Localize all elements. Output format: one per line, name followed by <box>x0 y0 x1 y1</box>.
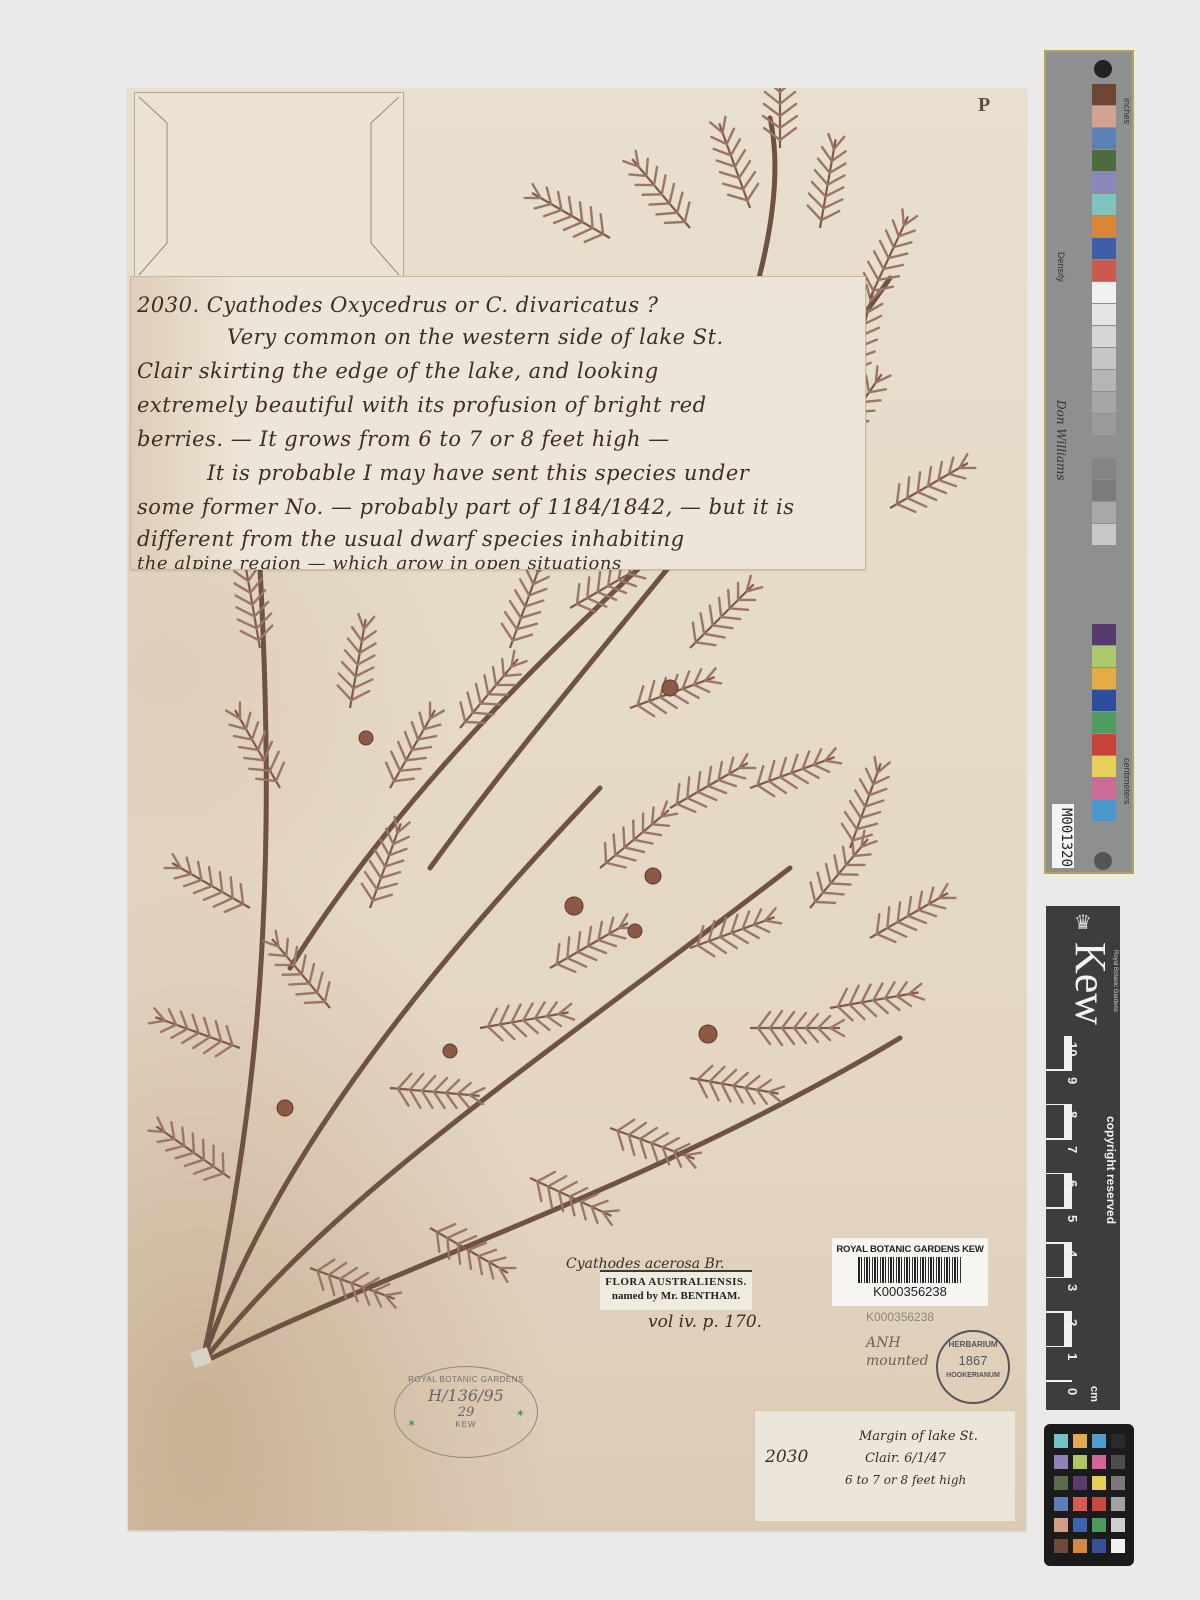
color-patch <box>1092 348 1116 369</box>
color-patch <box>1092 480 1116 501</box>
color-patch <box>1092 128 1116 149</box>
color-patch <box>1092 326 1116 347</box>
ruler-block <box>1046 1140 1072 1174</box>
color-patch <box>1092 756 1116 777</box>
color-patch <box>1092 800 1116 821</box>
herbarium-hookerianum-stamp: HERBARIUM 1867 HOOKERIANUM <box>936 1330 1010 1404</box>
ruler-number: 2 <box>1065 1319 1080 1326</box>
flora-label-line2: named by Mr. BENTHAM. <box>600 1289 752 1303</box>
color-patch <box>1092 238 1116 259</box>
color-patch <box>1092 624 1116 645</box>
checker-patch <box>1092 1434 1106 1448</box>
checker-patch <box>1092 1497 1106 1511</box>
ruler-number: 5 <box>1065 1215 1080 1222</box>
color-patch <box>1092 370 1116 391</box>
ruler-block <box>1046 1313 1064 1347</box>
note-line: It is probable I may have sent this spec… <box>207 461 749 485</box>
note-line: the alpine region — which grow in open s… <box>137 553 622 569</box>
ruler-number: 3 <box>1065 1284 1080 1291</box>
kew-logo: Kew <box>1065 942 1116 1025</box>
checker-patch <box>1111 1476 1125 1490</box>
barcode-label: ROYAL BOTANIC GARDENS KEW K000356238 <box>832 1238 988 1306</box>
strip-id: M001320 <box>1058 808 1074 867</box>
ruler-number: 4 <box>1065 1250 1080 1257</box>
density-label: Density <box>1056 252 1066 282</box>
checker-patch <box>1092 1539 1106 1553</box>
checker-patch <box>1092 1518 1106 1532</box>
checker-patch <box>1073 1518 1087 1532</box>
field-note: 2030. Cyathodes Oxycedrus or C. divarica… <box>130 276 866 570</box>
color-patch <box>1092 778 1116 799</box>
checker-patch <box>1111 1539 1125 1553</box>
mounted-annotation: ANH mounted <box>866 1334 916 1370</box>
ruler-scale <box>1046 1036 1072 1382</box>
checker-patch <box>1092 1476 1106 1490</box>
ruler-number: 0 <box>1065 1388 1080 1395</box>
checker-patch <box>1073 1476 1087 1490</box>
ruler-number: 1 <box>1065 1353 1080 1360</box>
note-line: Very common on the western side of lake … <box>227 325 724 349</box>
checker-patch <box>1054 1476 1068 1490</box>
ruler-block <box>1046 1036 1064 1070</box>
flora-reference: vol iv. p. 170. <box>648 1312 762 1332</box>
note-line: Clair skirting the edge of the lake, and… <box>137 359 659 383</box>
color-patch <box>1092 282 1116 303</box>
color-patch <box>1092 690 1116 711</box>
color-patch <box>1092 194 1116 215</box>
ruler-block <box>1046 1174 1064 1208</box>
ruler-number: 10 <box>1065 1042 1080 1056</box>
color-patch <box>1092 414 1116 435</box>
institution-name: ROYAL BOTANIC GARDENS KEW <box>832 1244 988 1255</box>
kew-subtitle: Royal Botanic Gardens <box>1112 950 1118 1012</box>
checker-patch <box>1111 1455 1125 1469</box>
note-line: extremely beautiful with its profusion o… <box>137 393 707 417</box>
color-patch <box>1092 712 1116 733</box>
color-patch <box>1092 646 1116 667</box>
copyright-label: copyright reserved <box>1104 1116 1118 1224</box>
handwritten-barcode: K000356238 <box>866 1310 934 1324</box>
cm-label: cm <box>1088 1386 1100 1402</box>
checker-patch <box>1073 1539 1087 1553</box>
note-line: some former No. — probably part of 1184/… <box>137 495 795 519</box>
ruler-number: 7 <box>1065 1146 1080 1153</box>
note-line: different from the usual dwarf species i… <box>137 527 685 551</box>
color-patch <box>1092 458 1116 479</box>
note-line: 2030. Cyathodes Oxycedrus or C. divarica… <box>137 293 659 317</box>
checker-patch <box>1054 1434 1068 1448</box>
checker-patch <box>1054 1497 1068 1511</box>
color-calibration-strip: Density Don Williams M001320 inches cent… <box>1044 50 1134 874</box>
checker-patch <box>1073 1497 1087 1511</box>
brand-label: Don Williams <box>1054 400 1068 481</box>
checker-patch <box>1092 1455 1106 1469</box>
checker-patch <box>1054 1518 1068 1532</box>
collector-label: 2030 Margin of lake St. Clair. 6/1/47 6 … <box>754 1410 1015 1521</box>
color-patch <box>1092 260 1116 281</box>
registration-dot <box>1094 852 1112 870</box>
checker-patch <box>1054 1539 1068 1553</box>
ruler-block <box>1046 1071 1072 1105</box>
flora-label-line1: FLORA AUSTRALIENSIS. <box>600 1275 752 1289</box>
barcode-number: K000356238 <box>832 1284 988 1299</box>
kew-crest-icon: ♛ <box>1074 910 1092 935</box>
color-patch <box>1092 502 1116 523</box>
color-patch <box>1092 84 1116 105</box>
centimeters-label: centimeters <box>1122 758 1132 805</box>
color-patch <box>1092 216 1116 237</box>
registration-dot <box>1094 60 1112 78</box>
checker-patch <box>1111 1497 1125 1511</box>
color-patch <box>1092 734 1116 755</box>
checker-patch <box>1111 1434 1125 1448</box>
ruler-block <box>1046 1244 1064 1278</box>
color-patch <box>1092 392 1116 413</box>
color-patch <box>1092 106 1116 127</box>
color-patch <box>1092 668 1116 689</box>
kew-scale-ruler: ♛ Kew Royal Botanic Gardens 109876543210… <box>1046 906 1120 1410</box>
ruler-block <box>1046 1105 1064 1139</box>
checker-patch <box>1111 1518 1125 1532</box>
flora-australiensis-label: FLORA AUSTRALIENSIS. named by Mr. BENTHA… <box>600 1270 752 1310</box>
inches-label: inches <box>1122 98 1132 124</box>
color-patch <box>1092 304 1116 325</box>
note-line: berries. — It grows from 6 to 7 or 8 fee… <box>137 427 670 451</box>
checker-patch <box>1073 1434 1087 1448</box>
star-icon: ✶ <box>407 1417 416 1430</box>
color-patch <box>1092 172 1116 193</box>
ruler-number: 8 <box>1065 1111 1080 1118</box>
ruler-number: 9 <box>1065 1077 1080 1084</box>
color-checker-card <box>1044 1424 1134 1566</box>
color-patch <box>1092 524 1116 545</box>
color-patch <box>1092 436 1116 457</box>
checker-patch <box>1073 1455 1087 1469</box>
star-icon: ✶ <box>516 1407 525 1420</box>
kew-accession-stamp: ROYAL BOTANIC GARDENS H/136/95 29 KEW ✶ … <box>394 1366 538 1458</box>
barcode-icon <box>858 1257 962 1283</box>
color-patch <box>1092 150 1116 171</box>
checker-patch <box>1054 1455 1068 1469</box>
ruler-number: 6 <box>1065 1180 1080 1187</box>
